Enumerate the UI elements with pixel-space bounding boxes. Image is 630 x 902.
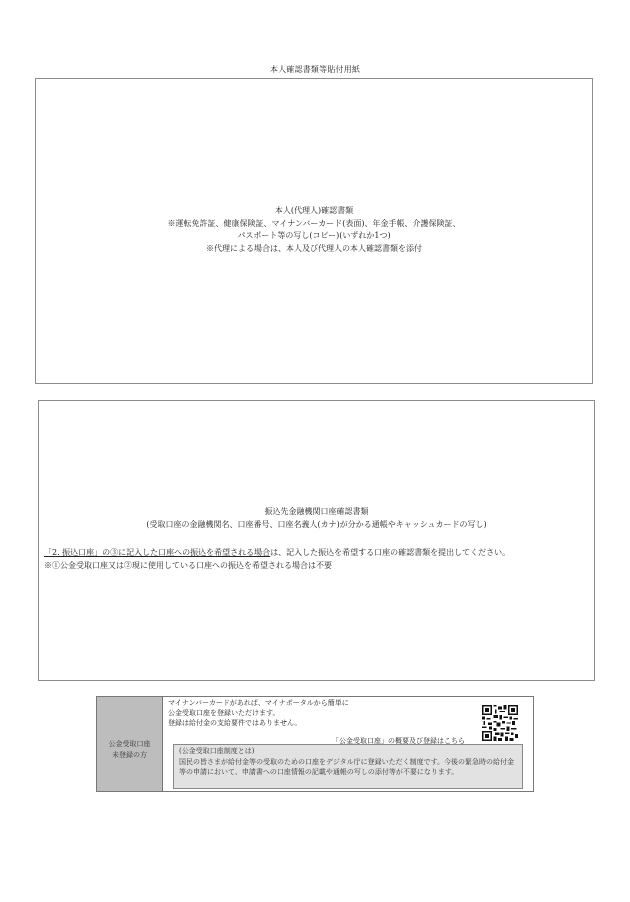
panel-label: 公金受取口座 未登録の方 (97, 697, 163, 791)
bank-note-rest: は、記入した振込を希望する口座の確認書類を提出してください。 (270, 548, 510, 557)
page-title: 本人確認書類等貼付用紙 (0, 64, 630, 75)
bank-box-note: 「2. 振込口座」の③に記入した口座への振込を希望される場合は、記入した振込を希… (44, 546, 592, 572)
bank-box-subheading: (受取口座の金融機関名、口座番号、口座名義人(カナ)が分かる通帳やキャッシュカー… (39, 518, 594, 531)
bank-note-line2: ※①公金受取口座又は②現に使用している口座への振込を希望される場合は不要 (44, 559, 592, 572)
identity-box-line: ※運転免許証、健康保険証、マイナンバーカード(表面)、年金手帳、介護保険証、 (36, 218, 592, 231)
identity-box-line: ※代理による場合は、本人及び代理人の本人確認書類を添付 (36, 243, 592, 256)
identity-box-heading: 本人(代理人)確認書類 (36, 205, 592, 218)
public-account-info-box: (公金受取口座制度とは) 国民の皆さまが給付金等の受取のための口座をデジタル庁に… (173, 744, 523, 789)
bank-note-underlined: 「2. 振込口座」の③に記入した口座への振込を希望される場合 (44, 548, 270, 557)
panel-label-line: 公金受取口座 (109, 739, 151, 750)
intro-line: 公金受取口座を登録いただけます。 (168, 708, 349, 718)
qr-code-icon[interactable] (482, 705, 518, 741)
panel-intro: マイナンバーカードがあれば、マイナポータルから簡単に 公金受取口座を登録いただけ… (168, 698, 349, 728)
identity-box-line: パスポート等の写し(コピー)(いずれか1つ) (36, 230, 592, 243)
bank-box-heading: 振込先金融機関口座確認書類 (39, 505, 594, 518)
info-title: (公金受取口座制度とは) (179, 746, 517, 757)
public-account-panel: 公金受取口座 未登録の方 マイナンバーカードがあれば、マイナポータルから簡単に … (96, 696, 534, 792)
panel-label-line: 未登録の方 (109, 750, 151, 761)
bank-document-attach-area: 振込先金融機関口座確認書類 (受取口座の金融機関名、口座番号、口座名義人(カナ)… (38, 400, 595, 681)
intro-line: 登録は給付金の支給要件ではありません。 (168, 718, 349, 728)
identity-document-attach-area: 本人(代理人)確認書類 ※運転免許証、健康保険証、マイナンバーカード(表面)、年… (35, 78, 593, 384)
info-text: 国民の皆さまが給付金等の受取のための口座をデジタル庁に登録いただく制度です。今後… (179, 757, 517, 778)
intro-line: マイナンバーカードがあれば、マイナポータルから簡単に (168, 698, 349, 708)
